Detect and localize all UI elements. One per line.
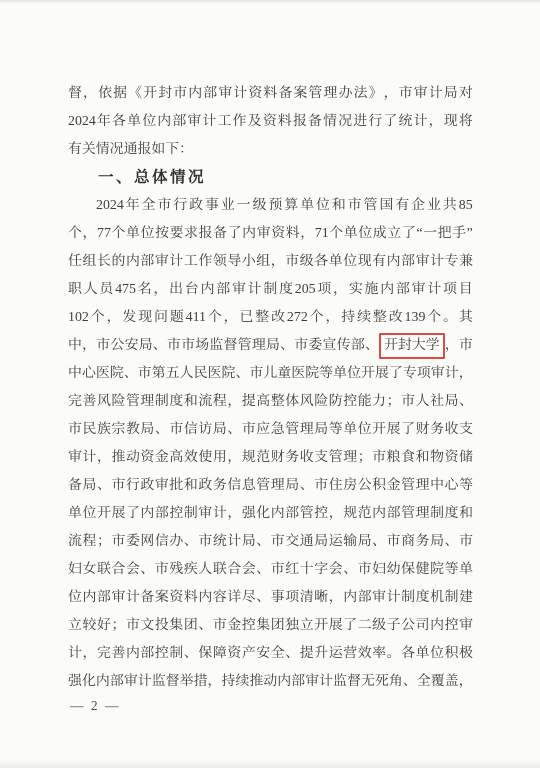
text-char: 支 bbox=[314, 444, 328, 472]
text-char: 审 bbox=[111, 584, 125, 612]
text-char: 内 bbox=[430, 612, 444, 640]
text-char: 计 bbox=[227, 528, 241, 556]
text-char: ， bbox=[333, 276, 347, 304]
document-body: 督，依据《开封市内部审计资料备案管理办法》，市审计局对2024年各单位内部审计工… bbox=[68, 80, 473, 696]
text-char: 传 bbox=[337, 332, 351, 360]
text-line: 计，完善内部控制、保障资产安全、提升运营效率。各单位积极 bbox=[68, 640, 473, 668]
text-char: 信 bbox=[227, 472, 241, 500]
text-char: 运 bbox=[329, 528, 343, 556]
text-char: 等 bbox=[459, 472, 473, 500]
text-char: 中 bbox=[430, 472, 444, 500]
text-char: 事 bbox=[205, 192, 219, 220]
text-char: 审 bbox=[257, 220, 271, 248]
text-line: 备局、市行政审批和政务信息管理局、市住房公积金管理中心等 bbox=[68, 472, 473, 500]
text-char: 控 bbox=[242, 612, 256, 640]
text-char: 、 bbox=[445, 528, 459, 556]
document-page: 督，依据《开封市内部审计资料备案管理办法》，市审计局对2024年各单位内部审计工… bbox=[0, 0, 540, 768]
text-char: 投 bbox=[155, 612, 169, 640]
text-char: 运 bbox=[329, 640, 343, 668]
text-char: 收 bbox=[445, 416, 459, 444]
text-char: 项 bbox=[417, 360, 431, 388]
text-char: 审 bbox=[155, 472, 169, 500]
text-char: 个 bbox=[112, 220, 126, 248]
text-char: 内 bbox=[140, 500, 154, 528]
text-char: 局 bbox=[444, 80, 458, 108]
text-char: 高 bbox=[256, 388, 270, 416]
text-char: 计 bbox=[68, 640, 82, 668]
text-char: 市 bbox=[285, 248, 299, 276]
text-char: 《 bbox=[128, 80, 142, 108]
text-char: 童 bbox=[277, 360, 291, 388]
text-char: 审 bbox=[372, 584, 386, 612]
text-char: 内 bbox=[277, 668, 291, 696]
text-char: 、 bbox=[97, 472, 111, 500]
text-char: 合 bbox=[111, 556, 125, 584]
text-char: 监 bbox=[209, 332, 223, 360]
text-char: 制 bbox=[169, 640, 183, 668]
text-char: 了 bbox=[401, 416, 415, 444]
text-char: 审 bbox=[155, 248, 169, 276]
text-line: 中心医院、市第五人民医院、市儿童医院等单位开展了专项审计， bbox=[68, 360, 473, 388]
text-char: 集 bbox=[256, 612, 270, 640]
text-char: 详 bbox=[227, 584, 241, 612]
text-char: 资 bbox=[140, 444, 154, 472]
text-char: 资 bbox=[248, 80, 262, 108]
text-line: 中，市公安局、市市场监督管理局、市委宣传部、开封大学，市 bbox=[68, 332, 473, 360]
text-char: 程 bbox=[213, 388, 227, 416]
text-char: 、 bbox=[372, 528, 386, 556]
text-char: 单 bbox=[416, 640, 430, 668]
text-char: 女 bbox=[82, 556, 96, 584]
text-char: 访 bbox=[198, 416, 212, 444]
text-char: 会 bbox=[126, 556, 140, 584]
text-char: ， bbox=[153, 276, 167, 304]
text-char: 市 bbox=[126, 612, 140, 640]
text-char: 妇 bbox=[68, 556, 82, 584]
text-char: 信 bbox=[155, 528, 169, 556]
text-char: 目 bbox=[459, 276, 473, 304]
text-char: 、 bbox=[403, 668, 417, 696]
text-char: ， bbox=[384, 80, 398, 108]
text-char: 财 bbox=[416, 416, 430, 444]
text-char: 市 bbox=[181, 332, 195, 360]
text-line: 督，依据《开封市内部审计资料备案管理办法》，市审计局对 bbox=[68, 80, 473, 108]
text-char: 2024 bbox=[68, 108, 96, 136]
text-char: 市 bbox=[198, 528, 212, 556]
text-char: 市 bbox=[111, 472, 125, 500]
text-char: 收 bbox=[300, 444, 314, 472]
text-line: 立较好；市文投集团、市金控集团独立开展了二级子公司内控审 bbox=[68, 612, 473, 640]
text-char: 年 bbox=[97, 108, 111, 136]
text-char: 专 bbox=[403, 360, 417, 388]
text-char: 制 bbox=[263, 276, 277, 304]
text-char: 整 bbox=[271, 388, 285, 416]
text-char: 网 bbox=[140, 528, 154, 556]
text-char: 料 bbox=[286, 220, 300, 248]
text-char: 开 bbox=[314, 612, 328, 640]
text-char: 计 bbox=[430, 248, 444, 276]
text-char: 报 bbox=[293, 108, 307, 136]
text-char: 改 bbox=[271, 304, 285, 332]
text-char: 督 bbox=[347, 668, 361, 696]
text-char: 理 bbox=[271, 472, 285, 500]
text-char: 覆 bbox=[431, 668, 445, 696]
text-char: 整 bbox=[255, 304, 269, 332]
text-char: 封 bbox=[158, 80, 172, 108]
text-char: 内 bbox=[157, 108, 171, 136]
text-char: 人 bbox=[198, 556, 212, 584]
text-char: 兼 bbox=[459, 248, 473, 276]
text-char: 人 bbox=[416, 388, 430, 416]
text-char: ” bbox=[467, 220, 473, 248]
text-char: 宗 bbox=[111, 416, 125, 444]
text-char: 实 bbox=[349, 276, 363, 304]
text-char: 位 bbox=[316, 192, 330, 220]
text-char: 理 bbox=[252, 332, 266, 360]
text-char: 委 bbox=[308, 332, 322, 360]
text-char: 局 bbox=[314, 416, 328, 444]
text-char: 进 bbox=[353, 108, 367, 136]
text-char: 部 bbox=[216, 276, 230, 304]
text-char: 、 bbox=[184, 640, 198, 668]
text-char: 政 bbox=[140, 472, 154, 500]
text-char: 审 bbox=[187, 108, 201, 136]
text-char: 善 bbox=[111, 640, 125, 668]
text-char: 务 bbox=[213, 472, 227, 500]
text-char: 息 bbox=[242, 472, 256, 500]
text-char: 力 bbox=[372, 388, 386, 416]
text-char: 医 bbox=[96, 360, 110, 388]
text-char: 保 bbox=[198, 640, 212, 668]
text-char: 医 bbox=[208, 360, 222, 388]
text-char: 和 bbox=[332, 192, 346, 220]
text-char: 单 bbox=[329, 248, 343, 276]
text-char: 院 bbox=[305, 360, 319, 388]
text-char: 物 bbox=[430, 444, 444, 472]
text-char: 团 bbox=[184, 612, 198, 640]
text-char: 共 bbox=[443, 192, 457, 220]
text-char: 开 bbox=[361, 360, 375, 388]
text-char: 好 bbox=[97, 612, 111, 640]
text-char: 市 bbox=[294, 332, 308, 360]
text-char: 局 bbox=[358, 528, 372, 556]
text-char: 计 bbox=[387, 584, 401, 612]
text-char: 流 bbox=[198, 388, 212, 416]
text-char: 计 bbox=[126, 584, 140, 612]
text-char: 控 bbox=[169, 500, 183, 528]
text-char: 》 bbox=[369, 80, 383, 108]
text-char: 部 bbox=[172, 108, 186, 136]
text-char: 政 bbox=[189, 192, 203, 220]
text-char: 提 bbox=[300, 640, 314, 668]
text-char: 五 bbox=[166, 360, 180, 388]
text-char: 市 bbox=[213, 612, 227, 640]
text-char: 问 bbox=[154, 304, 168, 332]
text-char: 疾 bbox=[184, 556, 198, 584]
text-char: 、 bbox=[285, 640, 299, 668]
text-char: 部 bbox=[285, 500, 299, 528]
text-char: ， bbox=[83, 220, 97, 248]
text-char: 的 bbox=[111, 248, 125, 276]
text-char: 妇 bbox=[372, 556, 386, 584]
text-char: 、 bbox=[198, 612, 212, 640]
text-char: 审 bbox=[68, 444, 82, 472]
text-char: 备 bbox=[308, 108, 322, 136]
text-char: 有 bbox=[395, 192, 409, 220]
text-char: 级 bbox=[372, 612, 386, 640]
text-line: 2024年全市行政事业一级预算单位和市管国有企业共85 bbox=[68, 192, 473, 220]
text-char: 心 bbox=[445, 472, 459, 500]
text-char: 制 bbox=[401, 584, 415, 612]
text-char: ， bbox=[300, 220, 314, 248]
text-char: 人 bbox=[84, 276, 98, 304]
text-char: 法 bbox=[354, 80, 368, 108]
text-char: 字 bbox=[314, 556, 328, 584]
text-char: 防 bbox=[329, 388, 343, 416]
text-char: 计 bbox=[169, 248, 183, 276]
text-char: 化 bbox=[82, 668, 96, 696]
text-char: 强 bbox=[68, 668, 82, 696]
text-char: ， bbox=[97, 444, 111, 472]
text-char: 按 bbox=[155, 220, 169, 248]
text-char: 报 bbox=[199, 220, 213, 248]
text-char: 将 bbox=[459, 108, 473, 136]
text-char: 单 bbox=[68, 500, 82, 528]
text-char: 部 bbox=[351, 332, 365, 360]
text-char: 市 bbox=[155, 556, 169, 584]
text-char: 和 bbox=[459, 500, 473, 528]
text-char: 局 bbox=[242, 528, 256, 556]
text-char: 市 bbox=[372, 444, 386, 472]
text-char: 审 bbox=[459, 612, 473, 640]
text-char: 位 bbox=[347, 360, 361, 388]
text-char: 项 bbox=[317, 276, 331, 304]
text-char: 办 bbox=[339, 80, 353, 108]
text-char: 77 bbox=[97, 220, 111, 248]
text-char: 督 bbox=[68, 80, 82, 108]
text-char: 把 bbox=[438, 220, 452, 248]
text-char: 市 bbox=[401, 388, 415, 416]
text-char: 手 bbox=[452, 220, 466, 248]
text-char: 市 bbox=[358, 556, 372, 584]
text-char: 开 bbox=[97, 500, 111, 528]
text-char: 计 bbox=[82, 444, 96, 472]
text-char: 案 bbox=[293, 80, 307, 108]
text-char: 展 bbox=[387, 416, 401, 444]
text-char: 产 bbox=[242, 640, 256, 668]
text-char: 度 bbox=[279, 276, 293, 304]
text-char: 依 bbox=[98, 80, 112, 108]
text-char: 部 bbox=[203, 80, 217, 108]
text-char: 市 bbox=[169, 416, 183, 444]
text-char: 位 bbox=[430, 640, 444, 668]
text-char: 联 bbox=[213, 556, 227, 584]
text-char: 单 bbox=[333, 360, 347, 388]
text-char: 民 bbox=[82, 416, 96, 444]
text-char: 205 bbox=[295, 276, 316, 304]
text-char: 市 bbox=[68, 416, 82, 444]
text-char: ； bbox=[97, 528, 111, 556]
text-char: 内 bbox=[198, 584, 212, 612]
text-char: 教 bbox=[126, 416, 140, 444]
text-line: 单位开展了内部控制审计，强化内部管控，规范内部管理制度和 bbox=[68, 500, 473, 528]
text-char: 、 bbox=[140, 556, 154, 584]
text-char: 尽 bbox=[242, 584, 256, 612]
text-char: 有 bbox=[372, 248, 386, 276]
text-char: 单 bbox=[344, 220, 358, 248]
text-char: 市 bbox=[271, 528, 285, 556]
text-char: 市 bbox=[157, 192, 171, 220]
text-line: 2024年各单位内部审计工作及资料报备情况进行了统计，现将 bbox=[68, 108, 473, 136]
text-char: 全 bbox=[271, 640, 285, 668]
text-char: 单 bbox=[126, 220, 140, 248]
text-char: 公 bbox=[358, 472, 372, 500]
text-char: 导 bbox=[227, 248, 241, 276]
text-char: ； bbox=[387, 388, 401, 416]
text-char: 成 bbox=[373, 220, 387, 248]
text-char: 局 bbox=[314, 528, 328, 556]
text-char: 企 bbox=[411, 192, 425, 220]
text-char: 其 bbox=[459, 304, 473, 332]
text-char: 机 bbox=[430, 584, 444, 612]
text-char: 理 bbox=[343, 444, 357, 472]
text-char: 障 bbox=[213, 640, 227, 668]
text-char: 139 bbox=[405, 304, 426, 332]
text-char: 信 bbox=[184, 416, 198, 444]
text-char: 业 bbox=[221, 192, 235, 220]
text-char: 监 bbox=[333, 668, 347, 696]
text-char: 计 bbox=[414, 108, 428, 136]
text-char: 十 bbox=[300, 556, 314, 584]
text-char: ， bbox=[459, 360, 473, 388]
text-char: 资 bbox=[169, 584, 183, 612]
text-char: 审 bbox=[218, 80, 232, 108]
text-char: 局 bbox=[430, 528, 444, 556]
text-char: 台 bbox=[185, 276, 199, 304]
text-char: 现 bbox=[444, 108, 458, 136]
text-char: 市 bbox=[399, 80, 413, 108]
text-char: 制 bbox=[155, 388, 169, 416]
text-char: 批 bbox=[169, 472, 183, 500]
text-char: 局 bbox=[82, 472, 96, 500]
text-char: 局 bbox=[285, 472, 299, 500]
text-char: 、 bbox=[280, 332, 294, 360]
text-char: 控 bbox=[314, 500, 328, 528]
text-char: 升 bbox=[314, 640, 328, 668]
text-char: 2024 bbox=[96, 192, 124, 220]
text-char: 市 bbox=[348, 192, 362, 220]
text-char: 部 bbox=[140, 640, 154, 668]
text-char: 、 bbox=[227, 416, 241, 444]
text-char: 内 bbox=[82, 584, 96, 612]
text-char: 理 bbox=[140, 388, 154, 416]
text-char: 清 bbox=[300, 584, 314, 612]
text-char: 、 bbox=[235, 360, 249, 388]
text-char: 计 bbox=[319, 668, 333, 696]
text-char: 展 bbox=[111, 500, 125, 528]
text-char: ， bbox=[271, 248, 285, 276]
text-char: 了 bbox=[228, 220, 242, 248]
text-char: 全 bbox=[417, 668, 431, 696]
text-char: 工 bbox=[218, 108, 232, 136]
text-char: 审 bbox=[232, 276, 246, 304]
text-char: 积 bbox=[372, 472, 386, 500]
text-char: 等 bbox=[319, 360, 333, 388]
text-char: 任 bbox=[68, 248, 82, 276]
text-char: 人 bbox=[180, 360, 194, 388]
text-char: 续 bbox=[357, 304, 371, 332]
text-char: 职 bbox=[68, 276, 82, 304]
text-char: 内 bbox=[387, 248, 401, 276]
text-char: ； bbox=[111, 612, 125, 640]
text-char: “ bbox=[416, 220, 422, 248]
text-char: 展 bbox=[375, 360, 389, 388]
text-char: 内 bbox=[271, 500, 285, 528]
text-char: 、 bbox=[153, 332, 167, 360]
text-char: ， bbox=[329, 584, 343, 612]
text-char: 市 bbox=[173, 80, 187, 108]
text-char: 团 bbox=[271, 612, 285, 640]
text-char: 市 bbox=[459, 528, 473, 556]
text-char: 体 bbox=[285, 388, 299, 416]
text-char: 务 bbox=[285, 444, 299, 472]
text-char: 办 bbox=[169, 528, 183, 556]
text-char: 局 bbox=[140, 416, 154, 444]
text-char: 计 bbox=[138, 668, 152, 696]
text-char: 持 bbox=[341, 304, 355, 332]
text-char: 市 bbox=[242, 416, 256, 444]
text-char: 、 bbox=[343, 556, 357, 584]
text-char: 、 bbox=[155, 416, 169, 444]
text-char: 部 bbox=[396, 276, 410, 304]
text-char: ， bbox=[82, 640, 96, 668]
text-char: 单 bbox=[127, 108, 141, 136]
text-char: 项 bbox=[443, 276, 457, 304]
text-char: 部 bbox=[97, 584, 111, 612]
text-char: 晰 bbox=[314, 584, 328, 612]
text-char: 作 bbox=[233, 108, 247, 136]
text-char: 应 bbox=[256, 416, 270, 444]
text-char: 、 bbox=[124, 360, 138, 388]
text-char: 现 bbox=[138, 304, 152, 332]
text-char: 审 bbox=[124, 668, 138, 696]
text-char: 心 bbox=[82, 360, 96, 388]
text-char: 公 bbox=[110, 332, 124, 360]
text-char: 71 bbox=[315, 220, 329, 248]
text-char: 程 bbox=[82, 528, 96, 556]
text-char: 管 bbox=[300, 500, 314, 528]
text-char: 求 bbox=[184, 220, 198, 248]
text-char: 续 bbox=[235, 668, 249, 696]
text-char: 一 bbox=[423, 220, 437, 248]
text-char: ， bbox=[445, 332, 459, 360]
text-line: 102个，发现问题411个，已整改272个，持续整改139个。其 bbox=[68, 304, 473, 332]
text-char: 动 bbox=[263, 668, 277, 696]
text-char: 中 bbox=[68, 360, 82, 388]
text-char: 合 bbox=[227, 556, 241, 584]
text-char: 医 bbox=[291, 360, 305, 388]
text-char: 院 bbox=[430, 556, 444, 584]
text-char: 极 bbox=[459, 640, 473, 668]
text-char: 个 bbox=[91, 304, 105, 332]
text-char: 金 bbox=[387, 472, 401, 500]
text-char: 、 bbox=[184, 528, 198, 556]
text-char: ， bbox=[329, 500, 343, 528]
text-char: 红 bbox=[285, 556, 299, 584]
text-char: ， bbox=[107, 304, 121, 332]
text-char: 组 bbox=[82, 248, 96, 276]
text-char: 规 bbox=[343, 500, 357, 528]
